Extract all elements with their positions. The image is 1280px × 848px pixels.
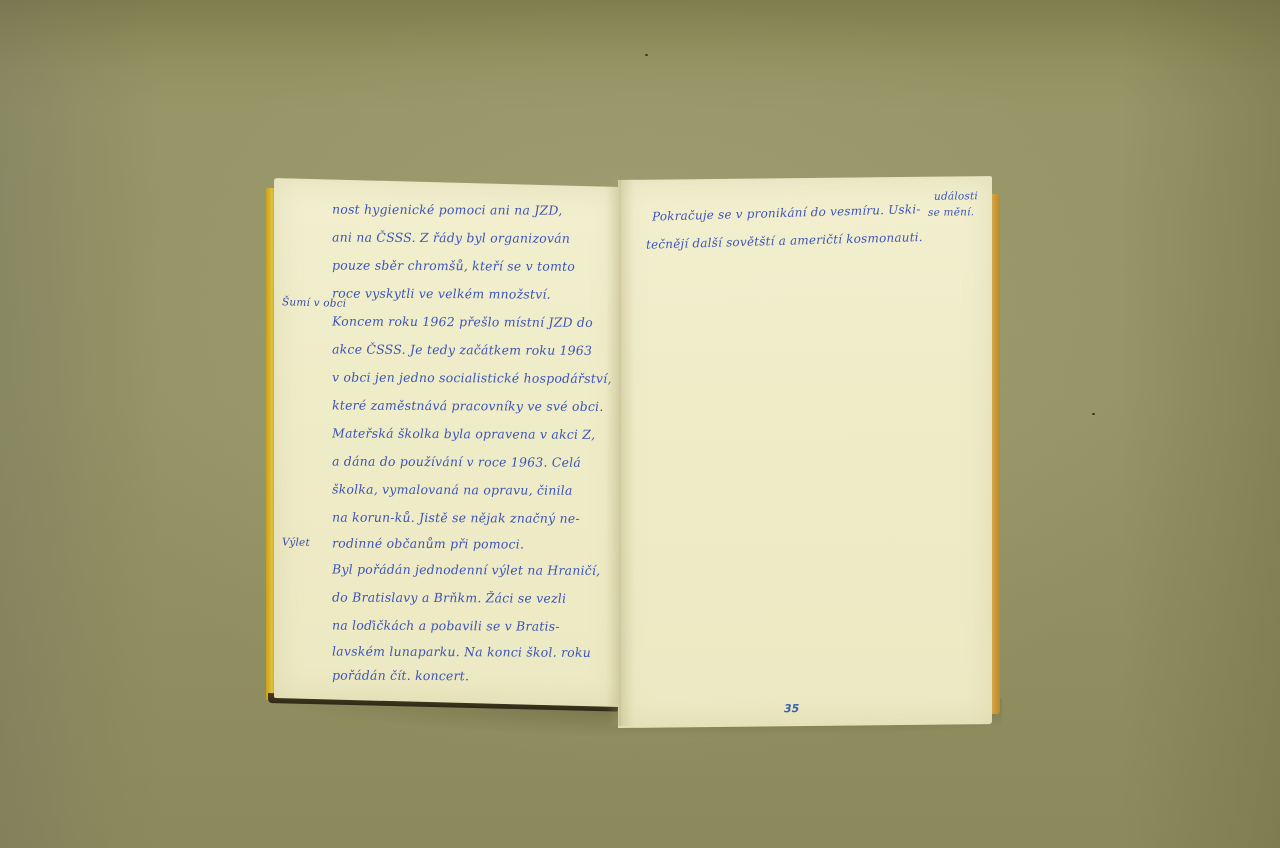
handwritten-line: na korun-ků. Jistě se nějak značný ne-	[332, 510, 580, 526]
dust-speck	[1092, 413, 1095, 415]
handwritten-line: na loďičkách a pobavili se v Bratis-	[332, 618, 560, 634]
handwritten-line: roce vyskytli ve velkém množství.	[332, 286, 551, 302]
handwritten-line: Byl pořádán jednodenní výlet na Hraničí,	[332, 562, 601, 578]
handwritten-insert: události	[934, 190, 978, 202]
book-gutter	[606, 178, 634, 726]
left-page: Šumí v obci Výlet nost hygienické pomoci…	[274, 178, 620, 707]
handwritten-line: ani na ČSSS. Z řády byl organizován	[332, 230, 570, 246]
background-shadow-right	[1120, 0, 1280, 848]
page-number: 35	[784, 702, 799, 715]
handwritten-line: Pokračuje se v pronikání do vesmíru. Usk…	[652, 202, 921, 223]
handwritten-line: pouze sběr chromšů, kteří se v tomto	[332, 258, 575, 274]
open-notebook: Šumí v obci Výlet nost hygienické pomoci…	[266, 178, 1006, 728]
handwritten-line: Mateřská školka byla opravena v akci Z,	[332, 426, 595, 442]
margin-note: Výlet	[282, 536, 310, 549]
handwritten-line: školka, vymalovaná na opravu, činila	[332, 482, 573, 498]
handwritten-line: Koncem roku 1962 přešlo místní JZD do	[332, 314, 593, 330]
background-shadow-left	[0, 0, 160, 848]
handwritten-line: nost hygienické pomoci ani na JZD,	[332, 202, 563, 218]
handwritten-line: do Bratislavy a Brňkm. Žáci se vezli	[332, 590, 567, 606]
handwritten-line: rodinné občanům při pomoci.	[332, 536, 524, 552]
handwritten-line: které zaměstnává pracovníky ve své obci.	[332, 398, 604, 414]
handwritten-line: a dána do používání v roce 1963. Celá	[332, 454, 581, 470]
handwritten-insert: se mění.	[928, 206, 974, 218]
handwritten-line: pořádán čít. koncert.	[332, 668, 469, 684]
handwritten-line: akce ČSSS. Je tedy začátkem roku 1963	[332, 342, 592, 358]
right-page: Pokračuje se v pronikání do vesmíru. Usk…	[618, 176, 992, 728]
handwritten-line: v obci jen jedno socialistické hospodářs…	[332, 370, 612, 386]
handwritten-line: lavském lunaparku. Na konci škol. roku	[332, 644, 591, 660]
handwritten-line: tečnějí další sovětští a američtí kosmon…	[646, 230, 923, 252]
dust-speck	[645, 54, 648, 56]
